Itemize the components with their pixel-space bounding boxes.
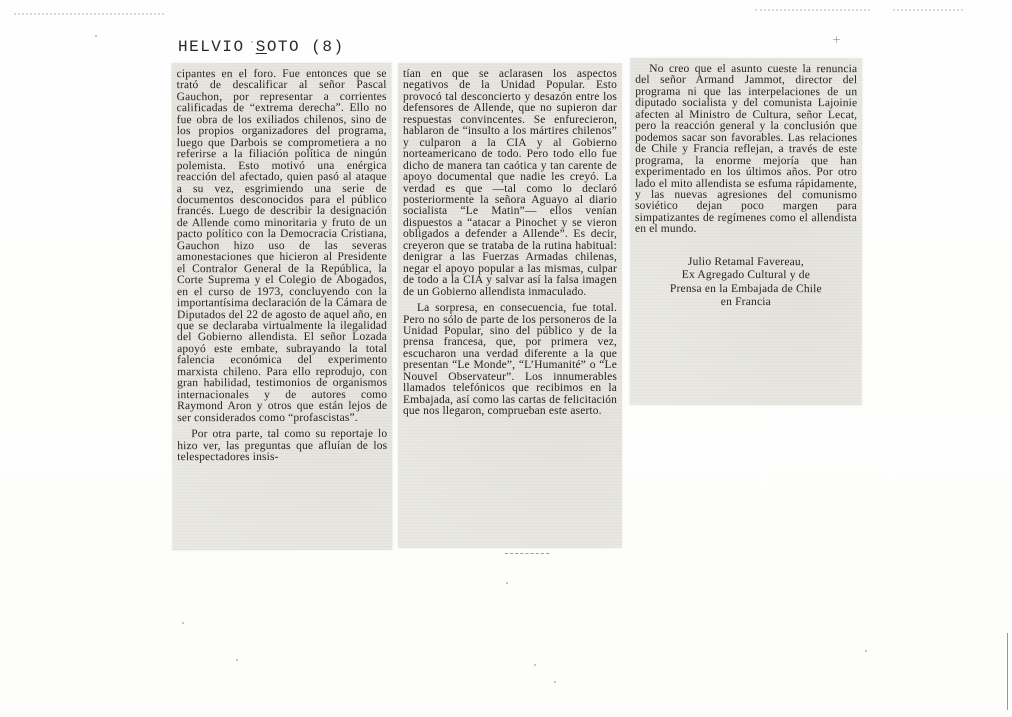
page-title-underlined-letter: S xyxy=(256,38,267,56)
scan-artifact-registration-mark xyxy=(833,39,840,40)
scan-artifact-edge-line xyxy=(1007,633,1008,710)
page-title-text: OTO (8) xyxy=(267,38,345,56)
signature-line: Julio Retamal Favereau, xyxy=(635,256,857,270)
page-title: HELVIO SOTO (8) xyxy=(178,38,345,56)
scan-artifact-dots-top-left xyxy=(14,13,164,15)
scan-artifact-speck xyxy=(506,582,508,584)
page-title-text: HELVIO xyxy=(178,38,256,56)
scan-artifact-speck xyxy=(534,664,536,666)
article-column-3: No creo que el asunto cueste la renuncia… xyxy=(630,58,863,405)
scan-artifact-speck xyxy=(865,650,867,652)
scan-artifact-registration-mark xyxy=(836,36,837,43)
scan-artifact-dots-top-right-1 xyxy=(755,9,870,11)
scan-artifact-speck xyxy=(554,681,556,683)
paragraph: tían en que se aclarasen los aspectos ne… xyxy=(403,69,617,298)
signature-block: Julio Retamal Favereau, Ex Agregado Cult… xyxy=(635,256,857,310)
scan-artifact-speck xyxy=(182,622,184,624)
paragraph: No creo que el asunto cueste la renuncia… xyxy=(635,64,857,236)
scan-artifact-dashes xyxy=(505,553,549,554)
scan-artifact-speck xyxy=(95,35,97,37)
signature-line: Prensa en la Embajada de Chile xyxy=(635,283,857,297)
article-column-2: tían en que se aclarasen los aspectos ne… xyxy=(398,63,622,548)
article-column-1: cipantes en el foro. Fue entonces que se… xyxy=(172,63,393,550)
paragraph: La sorpresa, en consecuencia, fue total.… xyxy=(403,303,617,418)
scanned-newspaper-clipping-page: HELVIO SOTO (8) cipantes en el foro. Fue… xyxy=(0,0,1012,717)
scan-artifact-speck xyxy=(236,659,238,661)
paragraph: cipantes en el foro. Fue entonces que se… xyxy=(177,69,388,424)
signature-line: Ex Agregado Cultural y de xyxy=(635,269,857,283)
signature-line: en Francia xyxy=(635,296,857,310)
scan-artifact-dots-top-right-2 xyxy=(893,9,963,11)
paragraph: Por otra parte, tal como su reportaje lo… xyxy=(177,429,387,464)
